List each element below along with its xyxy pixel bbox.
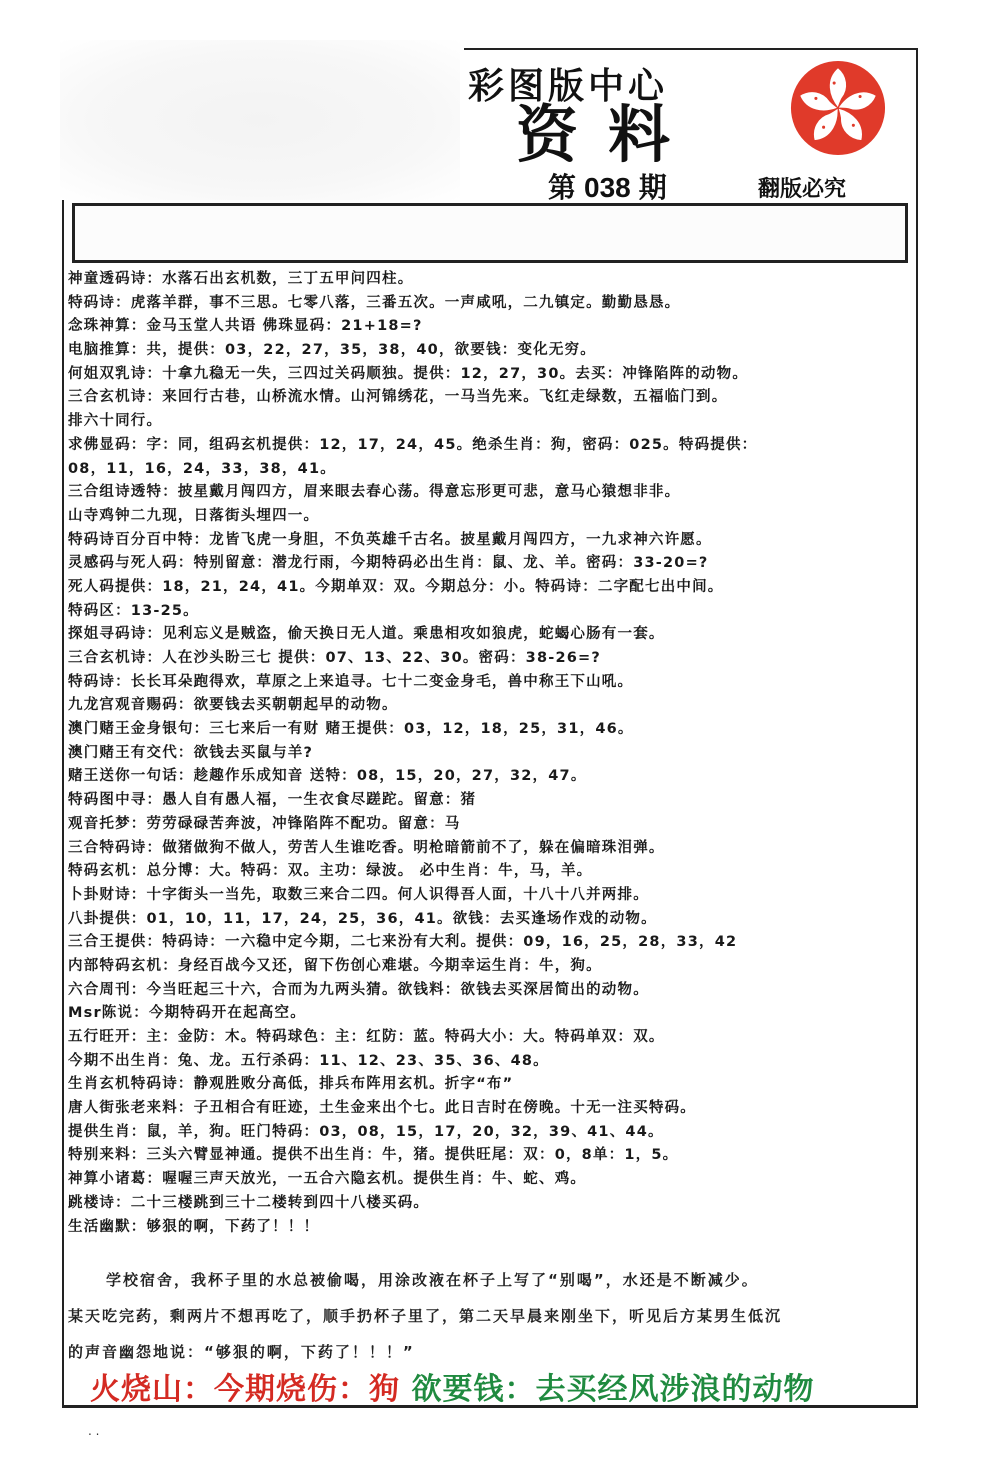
list-item: 提供生肖：鼠，羊，狗。旺门特码：03，08，15，17，20，32，39、41、… [68, 1121, 908, 1145]
list-item: 求佛显码：字：同，组码玄机提供：12，17，24，45。绝杀生肖：狗，密码：02… [68, 434, 908, 458]
list-item: 五行旺开：主：金防：木。特码球色：主：红防：蓝。特码大小：大。特码单双：双。 [68, 1026, 908, 1050]
list-item: 探姐寻码诗：见利忘义是贼盗，偷天换日无人道。乘患相攻如狼虎，蛇蝎心肠有一套。 [68, 623, 908, 647]
list-item: 特别来料：三头六臂显神通。提供不出生肖：牛，猪。提供旺尾：双：0，8单：1，5。 [68, 1144, 908, 1168]
list-item: 赌王送你一句话：趁趣作乐成知音 送特：08，15，20，27，32，47。 [68, 765, 908, 789]
tips-list: 神童透码诗：水落石出玄机数，三丁五甲问四柱。 特码诗：虎落羊群，事不三思。七零八… [68, 268, 908, 1239]
list-item: 跳楼诗：二十三楼跳到三十二楼转到四十八楼买码。 [68, 1192, 908, 1216]
list-item: 特码图中寻：愚人自有愚人福，一生衣食尽蹉跎。留意：猪 [68, 789, 908, 813]
list-item: 电脑推算：共，提供：03，22，27，35，38，40，欲要钱：变化无穷。 [68, 339, 908, 363]
list-item: 死人码提供：18，21，24，41。今期单双：双。今期总分：小。特码诗：二字配七… [68, 576, 908, 600]
list-item: 特码区：13-25。 [68, 600, 908, 624]
list-item: 神童透码诗：水落石出玄机数，三丁五甲问四柱。 [68, 268, 908, 292]
list-item: 三合特码诗：做猪做狗不做人，劳苦人生谁吃香。明枪暗箭前不了，躲在偏暗珠泪弹。 [68, 837, 908, 861]
list-item: 生活幽默：够狠的啊，下药了！！！ [68, 1216, 908, 1240]
list-item: 内部特码玄机：身经百战今又还，留下伤创心难堪。今期幸运生肖：牛，狗。 [68, 955, 908, 979]
story-paragraph: 学校宿舍，我杯子里的水总被偷喝，用涂改液在杯子上写了“别喝”，水还是不断减少。 [68, 1262, 898, 1298]
list-item: 今期不出生肖：兔、龙。五行杀码：11、12、23、35、36、48。 [68, 1050, 908, 1074]
list-item: 三合玄机诗：来回行古巷，山桥流水情。山河锦绣花，一马当先来。飞红走绿数，五福临门… [68, 386, 908, 410]
list-item: 特码诗：长长耳朵跑得欢，草原之上来追寻。七十二变金身毛，兽中称王下山吼。 [68, 671, 908, 695]
list-item: 排六十同行。 [68, 410, 908, 434]
copyright-notice: 翻版必究 [758, 172, 846, 203]
list-item: 山寺鸡钟二九现，日落街头埋四一。 [68, 505, 908, 529]
list-item: 神算小诸葛：喔喔三声天放光，一五合六隐玄机。提供生肖：牛、蛇、鸡。 [68, 1168, 908, 1192]
list-item: 观音托梦：劳劳碌碌苦奔波，冲锋陷阵不配功。留意：马 [68, 813, 908, 837]
footer-banner: 火烧山：今期烧伤：狗 欲要钱：去买经风涉浪的动物 [90, 1364, 814, 1408]
list-item: 特码玄机：总分博：大。特码：双。主功：绿波。 必中生肖：牛，马，羊。 [68, 860, 908, 884]
issue-value: 038 [584, 172, 631, 203]
list-item: Msr陈说：今期特码开在起高空。 [68, 1002, 908, 1026]
list-item: 九龙宫观音赐码：欲要钱去买朝朝起早的动物。 [68, 694, 908, 718]
list-item: 三合组诗透特：披星戴月闯四方，眉来眼去春心荡。得意忘形更可悲，意马心猿想非非。 [68, 481, 908, 505]
list-item: 唐人街张老来料：子丑相合有旺迹，土生金来出个七。此日吉时在傍晚。十无一注买特码。 [68, 1097, 908, 1121]
list-item: 六合周刊：今当旺起三十六，合而为九两头猜。欲钱料：欲钱去买深居简出的动物。 [68, 979, 908, 1003]
footer-red-text: 火烧山：今期烧伤：狗 [90, 1372, 400, 1407]
bottom-mark: . . [88, 1424, 99, 1438]
list-item: 澳门赌王金身银句：三七来后一有财 赌王提供：03，12，18，25，31，46。 [68, 718, 908, 742]
list-item: 澳门赌王有交代：欲钱去买鼠与羊? [68, 742, 908, 766]
list-item: 08，11，16，24，33，38，41。 [68, 458, 908, 482]
bauhinia-flower-icon [790, 60, 886, 156]
humor-story: 学校宿舍，我杯子里的水总被偷喝，用涂改液在杯子上写了“别喝”，水还是不断减少。 … [68, 1262, 898, 1370]
list-item: 八卦提供：01，10，11，17，24，25，36，41。欲钱：去买逢场作戏的动… [68, 908, 908, 932]
list-item: 三合王提供：特码诗：一六稳中定今期，二七来汾有大利。提供：09，16，25，28… [68, 931, 908, 955]
story-paragraph: 某天吃完药，剩两片不想再吃了，顺手扔杯子里了，第二天早晨来刚坐下，听见后方某男生… [68, 1298, 898, 1334]
footer-green-text: 欲要钱：去买经风涉浪的动物 [411, 1372, 814, 1407]
list-item: 特码诗：虎落羊群，事不三思。七零八落，三番五次。一声咸吼，二九镇定。勤勤恳恳。 [68, 292, 908, 316]
list-item: 灵感码与死人码：特别留意：潜龙行雨，今期特码必出生肖：鼠、龙、羊。密码：33-2… [68, 552, 908, 576]
list-item: 特码诗百分百中特：龙皆飞虎一身胆，不负英雄千古名。披星戴月闯四方，一九求神六许愿… [68, 529, 908, 553]
main-title: 资料 [516, 104, 700, 166]
blank-banner-box [72, 203, 908, 263]
list-item: 何姐双乳诗：十拿九稳无一失，三四过关码顺独。提供：12，27，30。去买：冲锋陷… [68, 363, 908, 387]
list-item: 三合玄机诗：人在沙头盼三七 提供：07、13、22、30。密码：38-26=? [68, 647, 908, 671]
blurred-area [60, 40, 460, 200]
list-item: 生肖玄机特码诗：静观胜败分高低，排兵布阵用玄机。折字“布” [68, 1073, 908, 1097]
list-item: 卜卦财诗：十字街头一当先，取数三来合二四。何人识得吾人面，十八十八并两排。 [68, 884, 908, 908]
list-item: 念珠神算：金马玉堂人共语 佛珠显码：21+18=? [68, 315, 908, 339]
